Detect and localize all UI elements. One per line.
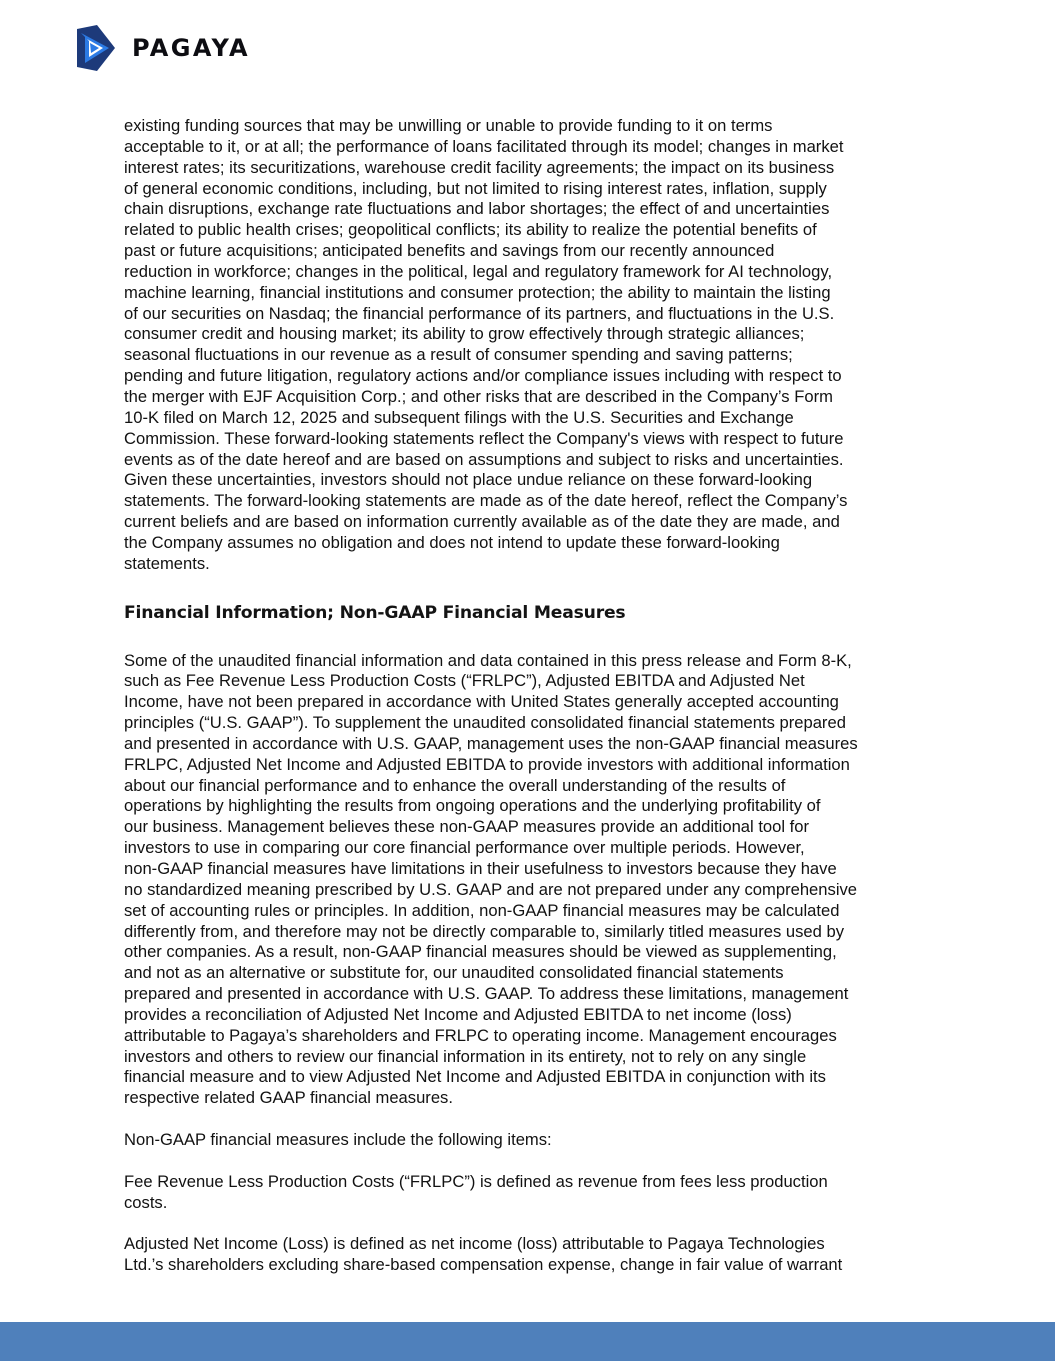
text-line: past or future acquisitions; anticipated… <box>124 241 944 262</box>
text-line: Ltd.’s shareholders excluding share-base… <box>124 1255 944 1276</box>
text-line: existing funding sources that may be unw… <box>124 116 944 137</box>
text-line: the Company assumes no obligation and do… <box>124 533 944 554</box>
spacer <box>124 625 944 651</box>
text-line: the merger with EJF Acquisition Corp.; a… <box>124 387 944 408</box>
frlpc-definition-paragraph: Fee Revenue Less Production Costs (“FRLP… <box>124 1172 944 1214</box>
text-line: about our financial performance and to e… <box>124 776 944 797</box>
text-line: interest rates; its securitizations, war… <box>124 158 944 179</box>
text-line: and not as an alternative or substitute … <box>124 963 944 984</box>
pagaya-logo-icon <box>75 25 117 71</box>
document-body: existing funding sources that may be unw… <box>124 116 944 1276</box>
text-line: consumer credit and housing market; its … <box>124 324 944 345</box>
text-line: costs. <box>124 1193 944 1214</box>
text-line: Fee Revenue Less Production Costs (“FRLP… <box>124 1172 944 1193</box>
text-line: Commission. These forward-looking statem… <box>124 429 944 450</box>
text-line: prepared and presented in accordance wit… <box>124 984 944 1005</box>
text-line: investors to use in comparing our core f… <box>124 838 944 859</box>
text-line: other companies. As a result, non-GAAP f… <box>124 942 944 963</box>
text-line: Some of the unaudited financial informat… <box>124 651 944 672</box>
page-header: PAGAYA <box>75 24 250 72</box>
text-line: operations by highlighting the results f… <box>124 796 944 817</box>
text-line: Adjusted Net Income (Loss) is defined as… <box>124 1234 944 1255</box>
text-line: acceptable to it, or at all; the perform… <box>124 137 944 158</box>
text-line: Given these uncertainties, investors sho… <box>124 470 944 491</box>
paragraph-gap <box>124 1213 944 1234</box>
text-line: pending and future litigation, regulator… <box>124 366 944 387</box>
text-line: statements. The forward-looking statemen… <box>124 491 944 512</box>
text-line: no standardized meaning prescribed by U.… <box>124 880 944 901</box>
text-line: set of accounting rules or principles. I… <box>124 901 944 922</box>
text-line: attributable to Pagaya’s shareholders an… <box>124 1026 944 1047</box>
text-line: of our securities on Nasdaq; the financi… <box>124 304 944 325</box>
text-line: investors and others to review our finan… <box>124 1047 944 1068</box>
text-line: principles (“U.S. GAAP”). To supplement … <box>124 713 944 734</box>
text-line: FRLPC, Adjusted Net Income and Adjusted … <box>124 755 944 776</box>
text-line: provides a reconciliation of Adjusted Ne… <box>124 1005 944 1026</box>
text-line: 10-K filed on March 12, 2025 and subsequ… <box>124 408 944 429</box>
text-line: respective related GAAP financial measur… <box>124 1088 944 1109</box>
text-line: financial measure and to view Adjusted N… <box>124 1067 944 1088</box>
text-line: machine learning, financial institutions… <box>124 283 944 304</box>
text-line: chain disruptions, exchange rate fluctua… <box>124 199 944 220</box>
text-line: non-GAAP financial measures have limitat… <box>124 859 944 880</box>
text-line: seasonal fluctuations in our revenue as … <box>124 345 944 366</box>
paragraph-gap <box>124 1151 944 1172</box>
text-line: of general economic conditions, includin… <box>124 179 944 200</box>
text-line: statements. <box>124 554 944 575</box>
text-line: such as Fee Revenue Less Production Cost… <box>124 671 944 692</box>
text-line: and presented in accordance with U.S. GA… <box>124 734 944 755</box>
text-line: differently from, and therefore may not … <box>124 922 944 943</box>
text-line: related to public health crises; geopoli… <box>124 220 944 241</box>
section-heading: Financial Information; Non-GAAP Financia… <box>124 601 944 625</box>
text-line: current beliefs and are based on informa… <box>124 512 944 533</box>
non-gaap-intro-paragraph: Some of the unaudited financial informat… <box>124 651 944 1110</box>
text-line: Non-GAAP financial measures include the … <box>124 1130 944 1151</box>
items-intro-paragraph: Non-GAAP financial measures include the … <box>124 1130 944 1151</box>
text-line: events as of the date hereof and are bas… <box>124 450 944 471</box>
text-line: our business. Management believes these … <box>124 817 944 838</box>
text-line: Income, have not been prepared in accord… <box>124 692 944 713</box>
paragraph-gap <box>124 1109 944 1130</box>
adjusted-net-income-definition-paragraph: Adjusted Net Income (Loss) is defined as… <box>124 1234 944 1276</box>
spacer <box>124 575 944 601</box>
text-line: reduction in workforce; changes in the p… <box>124 262 944 283</box>
footer-bar <box>0 1322 1055 1361</box>
forward-looking-statements-paragraph: existing funding sources that may be unw… <box>124 116 944 575</box>
pagaya-logo-text: PAGAYA <box>132 34 250 62</box>
